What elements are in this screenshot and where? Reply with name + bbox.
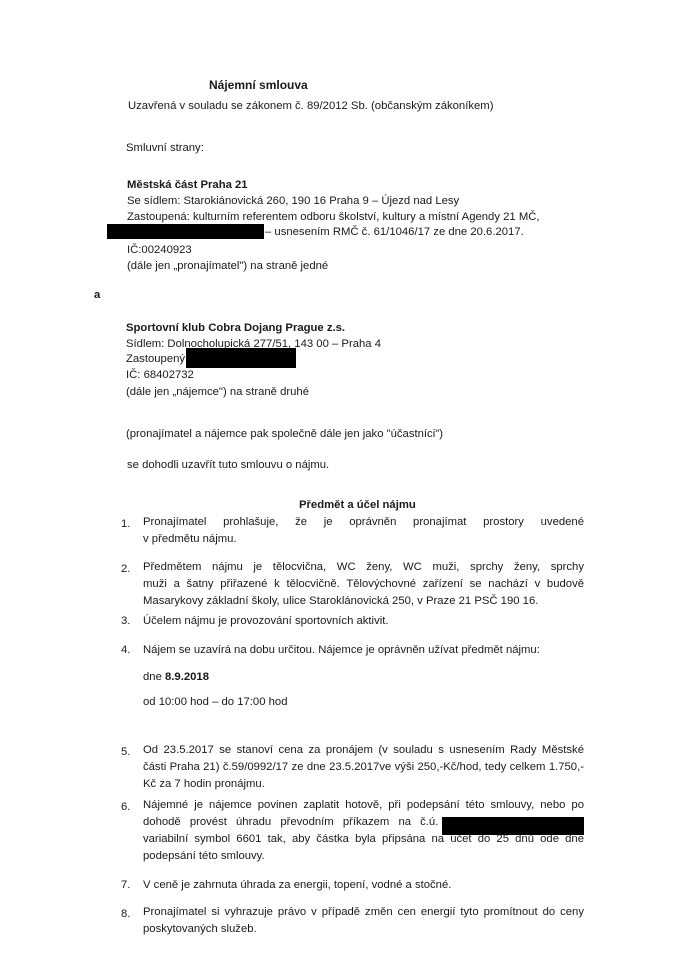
agreed-statement: se dohodli uzavřít tuto smlouvu o nájmu. (127, 458, 329, 472)
parties-label: Smluvní strany: (126, 141, 204, 155)
item-number: 7. (121, 878, 141, 892)
list-item: Pronajímatel si vyhrazuje právo v případ… (143, 904, 584, 938)
list-item: Předmětem nájmu je tělocvična, WC ženy, … (143, 559, 584, 610)
section-title: Předmět a účel nájmu (299, 498, 416, 512)
rental-time: od 10:00 hod – do 17:00 hod (143, 695, 287, 709)
tenant-role: (dále jen „nájemce") na straně druhé (126, 385, 309, 399)
landlord-ic: IČ:00240923 (127, 243, 192, 257)
list-item: Od 23.5.2017 se stanoví cena za pronájem… (143, 742, 584, 793)
item-number: 6. (121, 800, 141, 814)
list-item: Nájem se uzavírá na dobu určitou. Nájemc… (143, 643, 540, 657)
document-subtitle: Uzavřená v souladu se zákonem č. 89/2012… (128, 99, 493, 113)
landlord-resolution: – usnesením RMČ č. 61/1046/17 ze dne 20.… (265, 225, 524, 239)
tenant-name: Sportovní klub Cobra Dojang Prague z.s. (126, 321, 345, 335)
landlord-role: (dále jen „pronajímatel") na straně jedn… (127, 259, 328, 273)
redacted-account-number (442, 817, 584, 835)
jointly-note: (pronajímatel a nájemce pak společně dál… (126, 427, 443, 441)
item-number: 5. (121, 745, 141, 759)
document-title: Nájemní smlouva (209, 78, 308, 92)
redacted-block (107, 224, 264, 239)
landlord-name: Městská část Praha 21 (127, 178, 248, 192)
redacted-block (186, 348, 296, 368)
landlord-address: Se sídlem: Starokiánovická 260, 190 16 P… (127, 194, 459, 208)
tenant-ic: IČ: 68402732 (126, 368, 194, 382)
list-item: V ceně je zahrnuta úhrada za energii, to… (143, 878, 451, 892)
item-number: 2. (121, 562, 141, 576)
item-number: 4. (121, 643, 141, 657)
conjunction: a (94, 288, 100, 302)
item-number: 3. (121, 614, 141, 628)
tenant-represented: Zastoupený: (126, 352, 188, 366)
item-number: 1. (121, 517, 141, 531)
list-item: Účelem nájmu je provozování sportovních … (143, 614, 389, 628)
rental-date: dne 8.9.2018 (143, 670, 209, 684)
landlord-represented: Zastoupená: kulturním referentem odboru … (127, 210, 540, 224)
list-item: Pronajímatel prohlašuje, že je oprávněn … (143, 514, 584, 548)
item-number: 8. (121, 907, 141, 921)
